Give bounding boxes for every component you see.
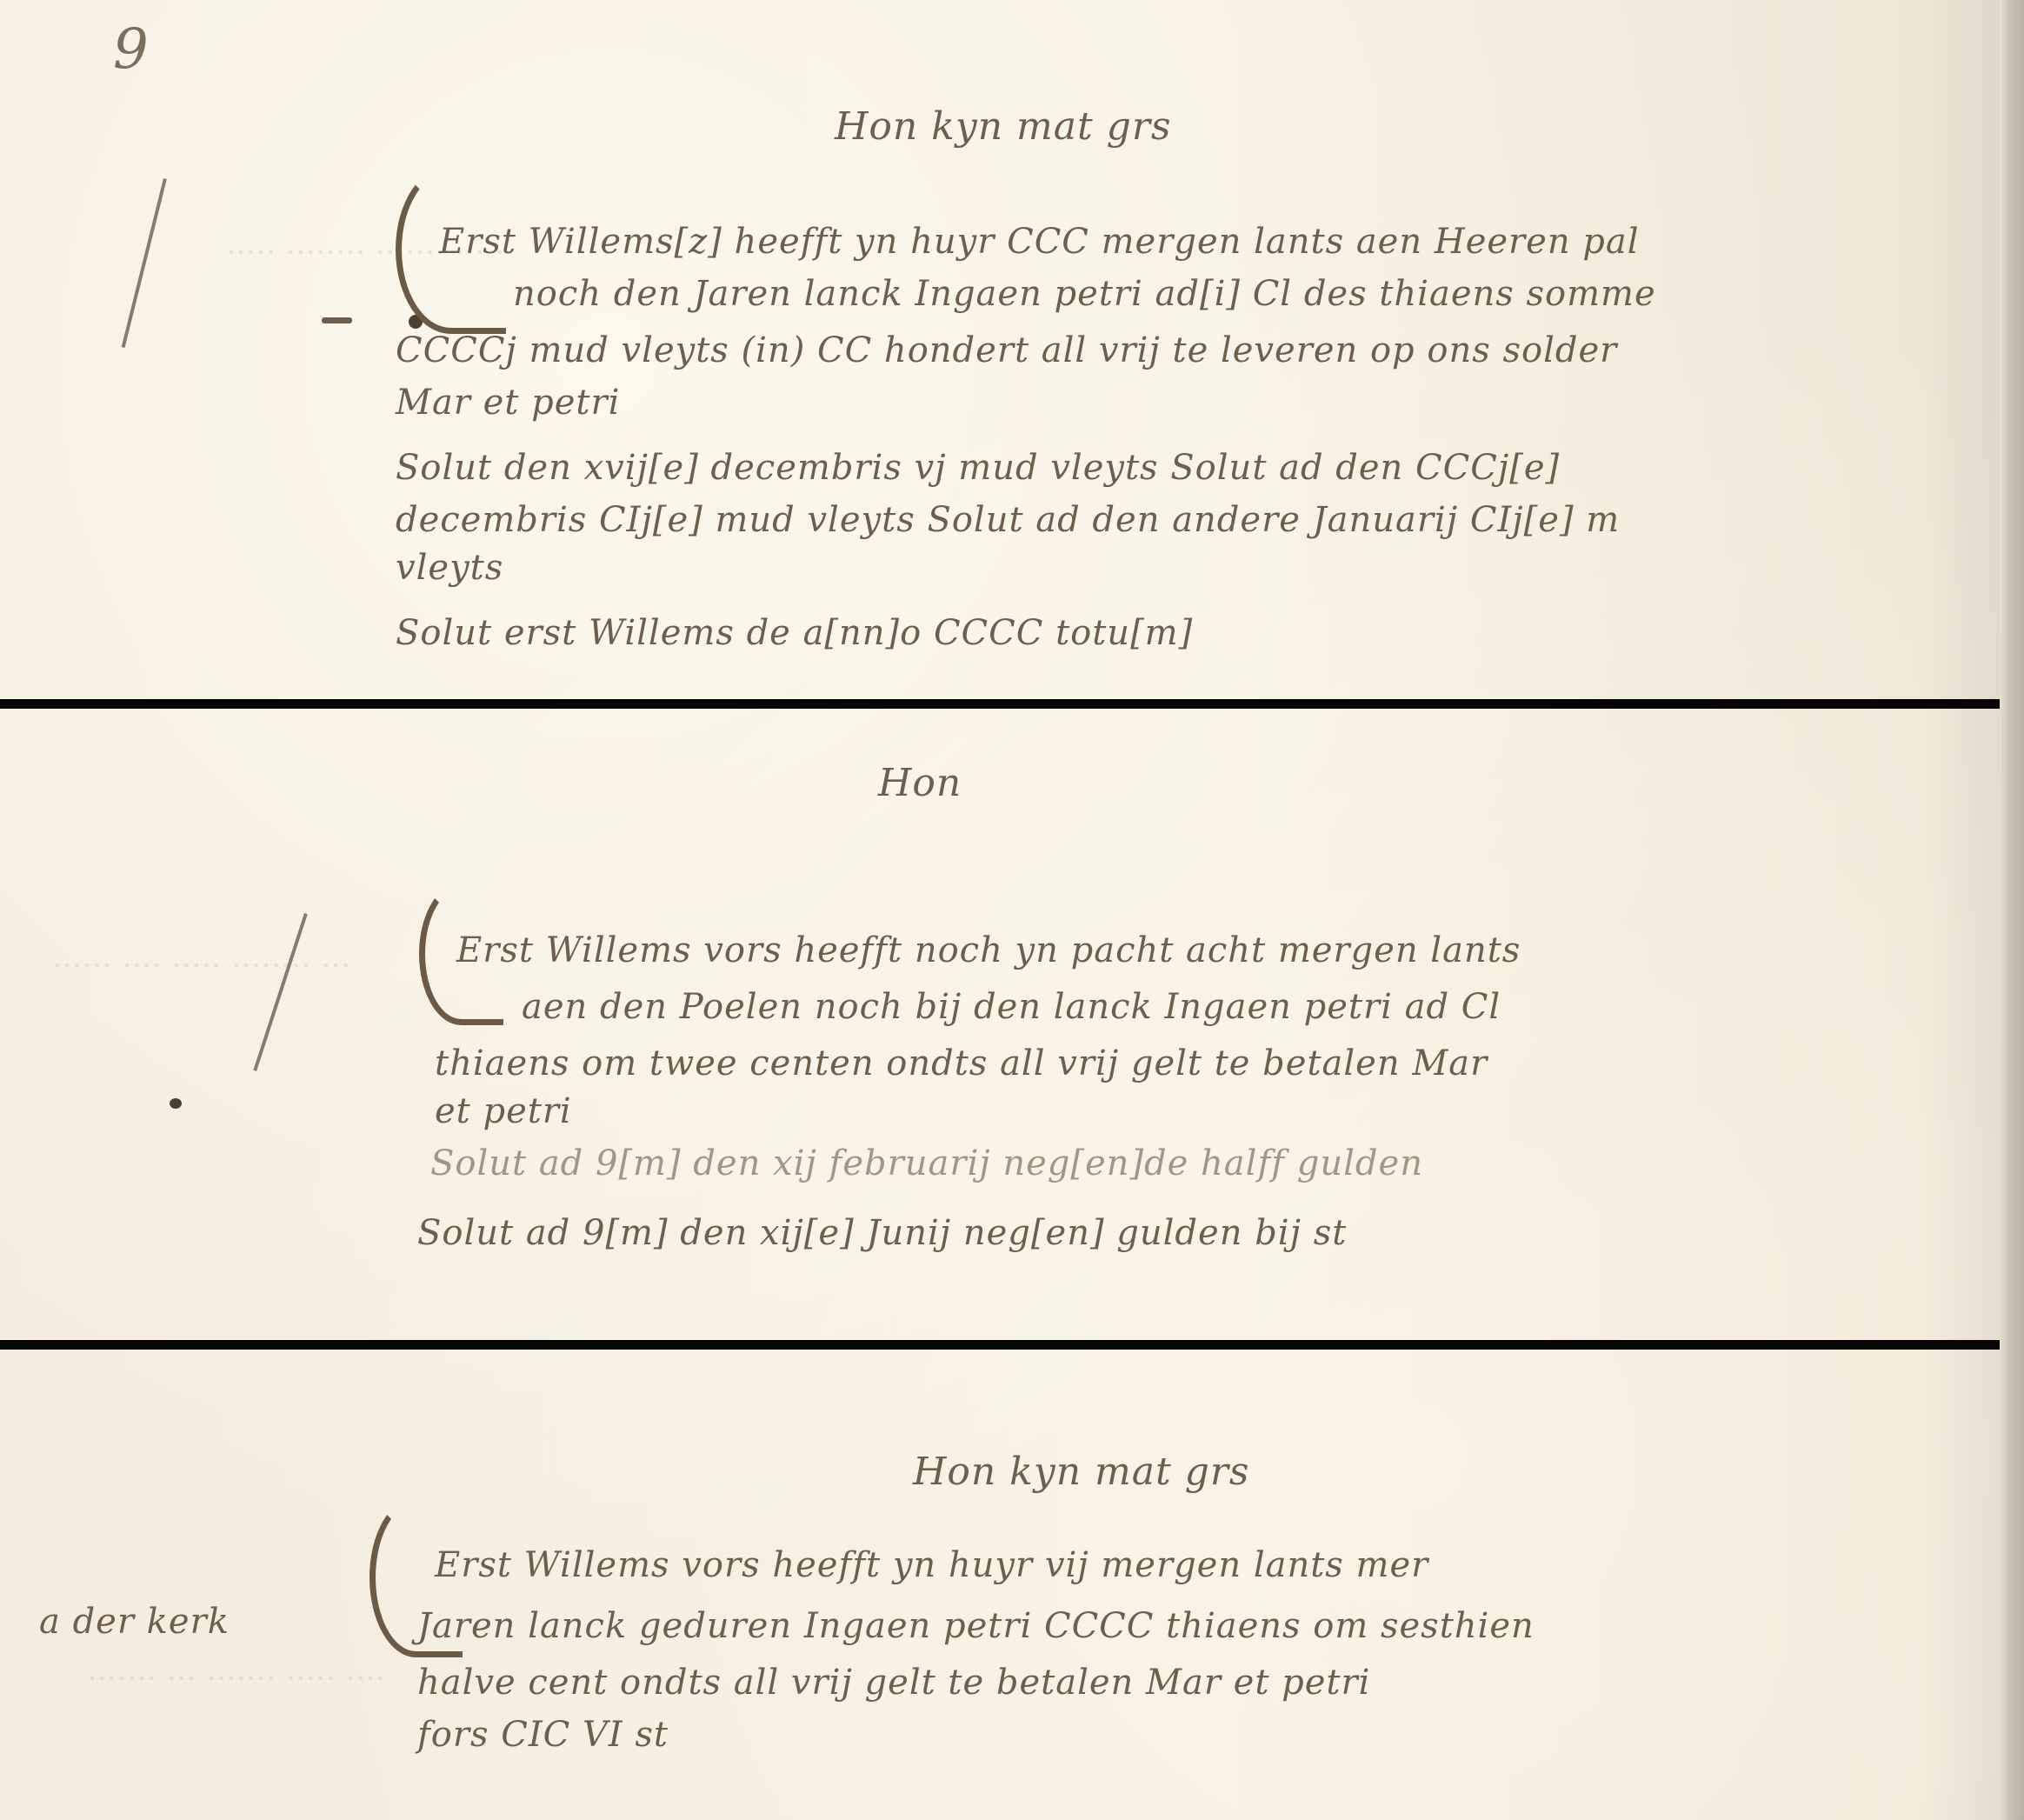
- margin-dash-mark: [322, 317, 352, 323]
- entry-line: fors CIC VI st: [417, 1715, 669, 1755]
- entry-line: Erst Willems[z] heefft yn huyr CCC merge…: [439, 222, 1640, 262]
- margin-slash-mark: [122, 178, 167, 348]
- page-gutter-edge: [2000, 0, 2024, 1820]
- entry-line: Jaren lanck geduren Ingaen petri CCCC th…: [417, 1606, 1535, 1646]
- manuscript-page: .. ... .... .. ........ ..... ... ......…: [0, 0, 2024, 1820]
- section-heading: Hon kyn mat grs: [913, 1450, 1249, 1494]
- section-heading: Hon kyn mat grs: [835, 104, 1171, 149]
- entry-line-struck: Solut ad 9[m] den xij februarij neg[en]d…: [430, 1143, 1423, 1183]
- entry-line: noch den Jaren lanck Ingaen petri ad[i] …: [513, 274, 1656, 314]
- section-heading: Hon: [878, 761, 962, 805]
- strip-divider: [0, 699, 2024, 709]
- margin-slash-mark: [253, 913, 308, 1071]
- entry-line: Solut erst Willems de a[nn]o CCCC totu[m…: [396, 613, 1193, 653]
- entry-line: Solut den xvij[e] decembris vj mud vleyt…: [396, 448, 1560, 488]
- entry-line: et petri: [435, 1091, 572, 1131]
- entry-line: aen den Poelen noch bij den lanck Ingaen…: [522, 987, 1501, 1027]
- entry-line: Solut ad 9[m] den xij[e] Junij neg[en] g…: [417, 1213, 1347, 1253]
- entry-line: Mar et petri: [396, 383, 620, 423]
- entry-line: vleyts: [396, 548, 503, 588]
- section-2: Hon Erst Willems vors heefft noch yn pac…: [0, 709, 2024, 1340]
- entry-line: CCCCj mud vleyts (in) CC hondert all vri…: [396, 330, 1617, 370]
- ink-blot: [170, 1098, 182, 1109]
- entry-line: Erst Willems vors heefft yn huyr vij mer…: [435, 1545, 1428, 1585]
- section-1: 9 Hon kyn mat grs Erst Willems[z] heefft…: [0, 0, 2024, 699]
- entry-line: decembris CIj[e] mud vleyts Solut ad den…: [396, 500, 1620, 540]
- margin-note: a der kerk: [39, 1602, 230, 1642]
- strip-divider: [0, 1340, 2024, 1350]
- section-3: Hon kyn mat grs a der kerk Erst Willems …: [0, 1350, 2024, 1820]
- entry-line: thiaens om twee centen ondts all vrij ge…: [435, 1043, 1488, 1083]
- entry-line: Erst Willems vors heefft noch yn pacht a…: [456, 930, 1521, 970]
- folio-number: 9: [113, 17, 150, 82]
- entry-line: halve cent ondts all vrij gelt te betale…: [417, 1663, 1370, 1703]
